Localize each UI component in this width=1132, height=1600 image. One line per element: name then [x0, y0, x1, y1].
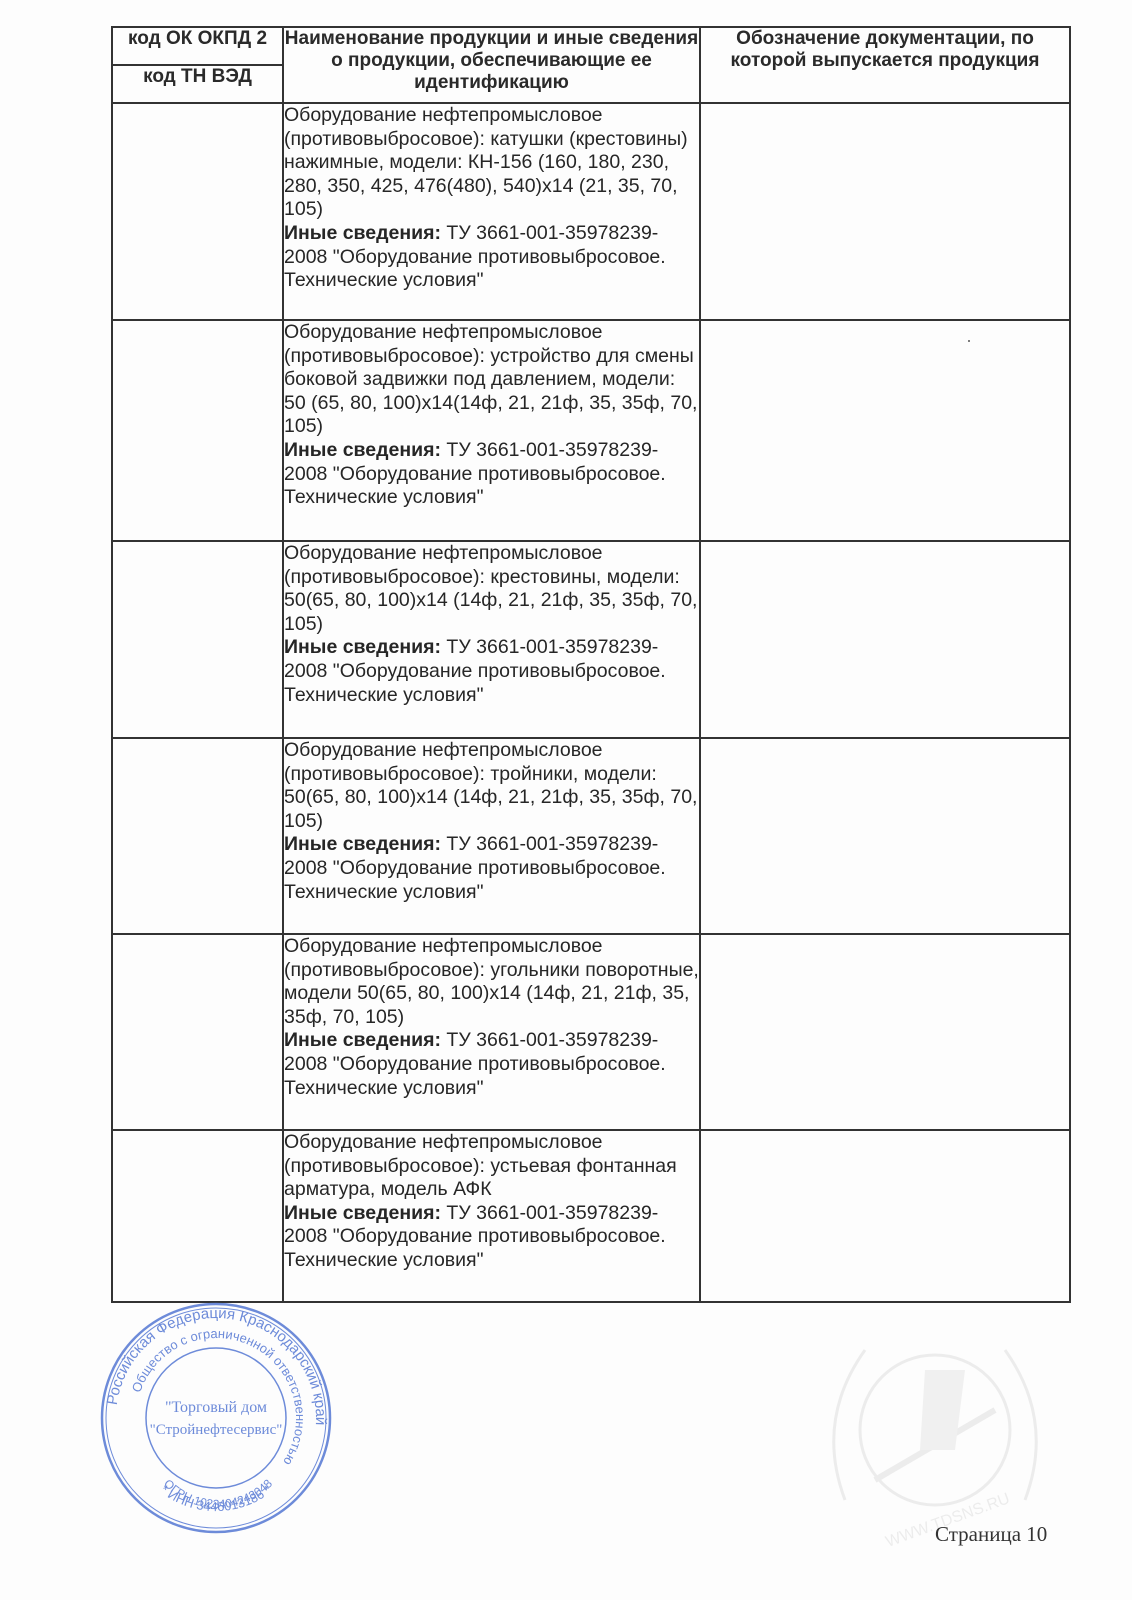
header-product-name: Наименование продукции и иные сведения о… — [283, 27, 700, 103]
scan-speck — [968, 340, 970, 342]
other-info: Иные сведения: ТУ 3661-001-35978239-2008… — [284, 1029, 666, 1098]
documentation-cell — [700, 103, 1070, 320]
other-info-label: Иные сведения: — [284, 833, 441, 855]
documentation-cell — [700, 738, 1070, 934]
product-description-cell: Оборудование нефтепромысловое (противовы… — [283, 1130, 700, 1302]
header-okpd2: код ОК ОКПД 2 — [112, 27, 283, 65]
table-row: Оборудование нефтепромысловое (противовы… — [112, 1130, 1070, 1302]
products-table: код ОК ОКПД 2 Наименование продукции и и… — [111, 26, 1071, 1303]
code-cell — [112, 103, 283, 320]
other-info: Иные сведения: ТУ 3661-001-35978239-2008… — [284, 222, 666, 291]
code-cell — [112, 541, 283, 738]
code-cell — [112, 934, 283, 1130]
product-description: Оборудование нефтепромысловое (противовы… — [284, 321, 699, 439]
page-number: Страница 10 — [935, 1522, 1047, 1547]
table-row: Оборудование нефтепромысловое (противовы… — [112, 103, 1070, 320]
svg-text:"Торговый дом: "Торговый дом — [165, 1399, 267, 1416]
product-description: Оборудование нефтепромысловое (противовы… — [284, 1131, 699, 1202]
table-row: Оборудование нефтепромысловое (противовы… — [112, 541, 1070, 738]
product-description: Оборудование нефтепромысловое (противовы… — [284, 739, 699, 833]
code-cell — [112, 320, 283, 541]
product-description-cell: Оборудование нефтепромысловое (противовы… — [283, 103, 700, 320]
table-row: Оборудование нефтепромысловое (противовы… — [112, 934, 1070, 1130]
other-info-label: Иные сведения: — [284, 1202, 441, 1224]
product-description: Оборудование нефтепромысловое (противовы… — [284, 104, 699, 222]
other-info-label: Иные сведения: — [284, 439, 441, 461]
header-documentation: Обозначение документации, по которой вып… — [700, 27, 1070, 103]
table-row: Оборудование нефтепромысловое (противовы… — [112, 738, 1070, 934]
other-info: Иные сведения: ТУ 3661-001-35978239-2008… — [284, 833, 666, 902]
product-description-cell: Оборудование нефтепромысловое (противовы… — [283, 320, 700, 541]
other-info-label: Иные сведения: — [284, 222, 441, 244]
header-tn-ved: код ТН ВЭД — [112, 65, 283, 103]
product-description-cell: Оборудование нефтепромысловое (противовы… — [283, 738, 700, 934]
product-description: Оборудование нефтепромысловое (противовы… — [284, 935, 699, 1029]
code-cell — [112, 738, 283, 934]
company-stamp-icon: Российская Федерация Краснодарский край … — [98, 1300, 334, 1536]
other-info: Иные сведения: ТУ 3661-001-35978239-2008… — [284, 636, 666, 705]
documentation-cell — [700, 541, 1070, 738]
watermark-logo-icon: WWW.TDSNS.RU — [805, 1300, 1065, 1560]
table-row: Оборудование нефтепромысловое (противовы… — [112, 320, 1070, 541]
product-description-cell: Оборудование нефтепромысловое (противовы… — [283, 541, 700, 738]
documentation-cell — [700, 934, 1070, 1130]
other-info: Иные сведения: ТУ 3661-001-35978239-2008… — [284, 439, 666, 508]
svg-text:"Стройнефтесервис": "Стройнефтесервис" — [150, 1422, 283, 1438]
other-info: Иные сведения: ТУ 3661-001-35978239-2008… — [284, 1202, 666, 1271]
other-info-label: Иные сведения: — [284, 1029, 441, 1051]
code-cell — [112, 1130, 283, 1302]
document-page: код ОК ОКПД 2 Наименование продукции и и… — [0, 0, 1132, 1600]
product-description: Оборудование нефтепромысловое (противовы… — [284, 542, 699, 636]
other-info-label: Иные сведения: — [284, 636, 441, 658]
product-description-cell: Оборудование нефтепромысловое (противовы… — [283, 934, 700, 1130]
documentation-cell — [700, 1130, 1070, 1302]
documentation-cell — [700, 320, 1070, 541]
